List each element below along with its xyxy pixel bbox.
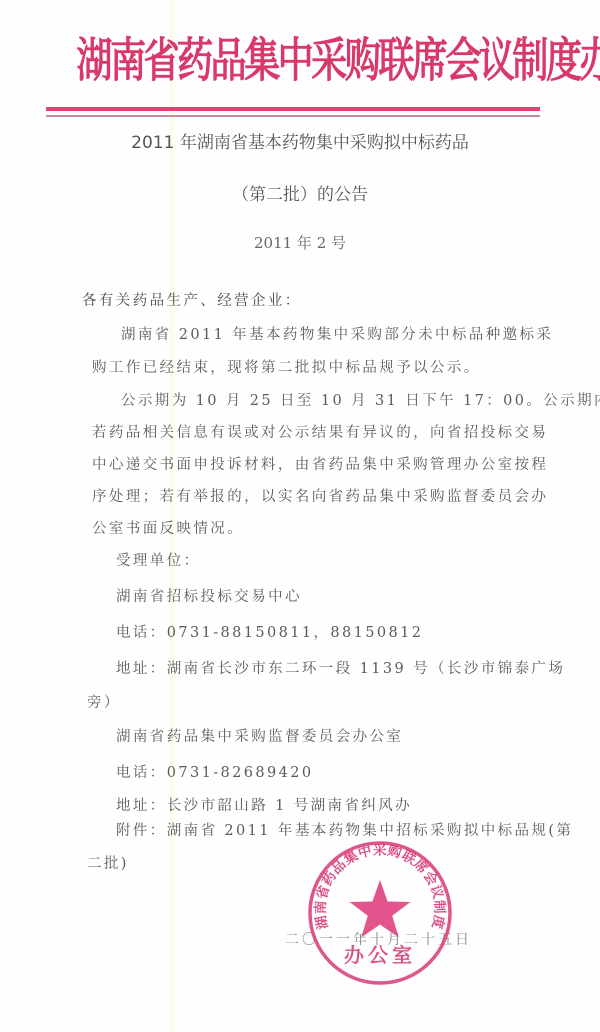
star-icon xyxy=(350,880,411,938)
body-para1-line1: 湖南省 2011 年基本药物集中采购部分未中标品种邀标采 xyxy=(121,323,553,344)
attachment-line2: 二批) xyxy=(87,852,129,873)
letterhead-rule-thick xyxy=(46,107,540,111)
document-title-line1: 2011 年湖南省基本药物集中采购拟中标药品 xyxy=(0,128,600,153)
body-para2-line4: 序处理；若有举报的，以实名向省药品集中采购监督委员会办 xyxy=(92,485,548,506)
attachment-line1: 附件：湖南省 2011 年基本药物集中招标采购拟中标品规(第 xyxy=(116,819,573,840)
unit1-address-line1: 地址：湖南省长沙市东二环一段 1139 号（长沙市锦泰广场 xyxy=(116,657,565,678)
unit2-address: 地址：长沙市韶山路 1 号湖南省纠风办 xyxy=(116,794,412,815)
body-para1-line2: 购工作已经结束，现将第二批拟中标品规予以公示。 xyxy=(92,356,481,377)
unit2-name: 湖南省药品集中采购监督委员会办公室 xyxy=(116,725,403,746)
document-title-line2: （第二批）的公告 xyxy=(0,180,600,205)
document-number: 2011 年 2 号 xyxy=(0,232,600,253)
scan-fold-line xyxy=(170,0,173,1032)
unit1-address-line2: 旁） xyxy=(87,691,121,712)
body-para2-line1: 公示期为 10 月 25 日至 10 月 31 日下午 17：00。公示期内， xyxy=(121,389,600,410)
unit1-phone: 电话：0731-88150811，88150812 xyxy=(116,621,423,642)
official-seal-stamp: 湖南省药品集中采购联席会议制度 办公室 xyxy=(305,838,455,988)
document-page: 湖南省药品集中采购联席会议制度办公室 2011 年湖南省基本药物集中采购拟中标药… xyxy=(0,0,600,1032)
contacts-heading: 受理单位： xyxy=(116,549,201,570)
body-para2-line2: 若药品相关信息有误或对公示结果有异议的，向省招投标交易 xyxy=(92,421,548,442)
body-para2-line3: 中心递交书面申投诉材料，由省药品集中采购管理办公室按程 xyxy=(92,453,548,474)
salutation: 各有关药品生产、经营企业： xyxy=(82,289,302,310)
svg-text:办公室: 办公室 xyxy=(344,943,416,967)
letterhead-org-name: 湖南省药品集中采购联席会议制度办公室 xyxy=(76,26,523,95)
unit1-name: 湖南省招标投标交易中心 xyxy=(116,585,302,606)
letterhead-rule-thin xyxy=(46,115,540,117)
unit2-phone: 电话：0731-82689420 xyxy=(116,761,314,782)
body-para2-line5: 公室书面反映情况。 xyxy=(92,517,244,538)
